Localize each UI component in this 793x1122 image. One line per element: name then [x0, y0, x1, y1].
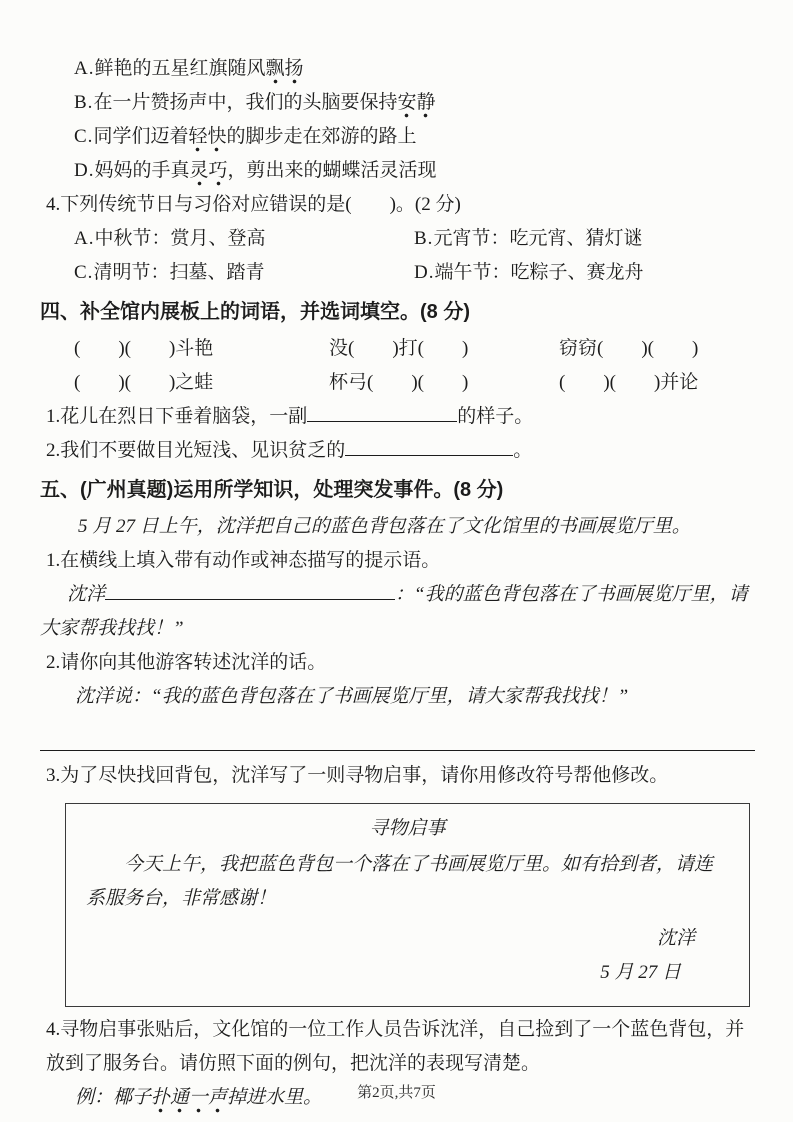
q4-option-b-text: 元宵节：吃元宵、猜灯谜	[433, 228, 642, 249]
idiom-blank: ( )( )斗艳	[74, 332, 329, 366]
q4-option-d-text: 端午节：吃粽子、赛龙舟	[434, 262, 643, 283]
q3-option-b: B.在一片赞扬声中，我们的头脑要保持安静	[40, 86, 755, 120]
fill1-tail: 的样子。	[457, 406, 533, 427]
q3-option-c-label: C.	[74, 126, 93, 147]
s5-q3-stem: 3.为了尽快找回背包，沈洋写了一则寻物启事，请你用修改符号帮他修改。	[40, 759, 755, 793]
section4-title: 四、补全馆内展板上的词语，并选词填空。(8 分)	[40, 292, 755, 332]
idiom-blank: 没( )打( )	[329, 332, 559, 366]
q4-option-a-text: 中秋节：赏月、登高	[94, 228, 265, 249]
q3-option-a-emphasized: 飘扬	[266, 58, 304, 84]
q3-option-b-text: 在一片赞扬声中，我们的头脑要保持	[93, 92, 397, 113]
notice-title: 寻物启事	[86, 810, 729, 848]
q4-option-d-label: D.	[414, 262, 434, 283]
q3-option-c-text: 同学们迈着	[93, 126, 188, 147]
idiom-row-2: ( )( )之蛙 杯弓( )( ) ( )( )并论	[40, 366, 755, 400]
exam-page: A.鲜艳的五星红旗随风飘扬 B.在一片赞扬声中，我们的头脑要保持安静 C.同学们…	[0, 0, 793, 1122]
q3-option-d: D.妈妈的手真灵巧，剪出来的蝴蝶活灵活现	[40, 154, 755, 188]
idiom-blank: 杯弓( )( )	[329, 366, 559, 400]
q3-option-a-label: A.	[74, 58, 94, 79]
q4-option-c-text: 清明节：扫墓、踏青	[93, 262, 264, 283]
notice-box: 寻物启事 今天上午，我把蓝色背包一个落在了书画展览厅里。如有拾到者，请连系服务台…	[65, 803, 750, 1007]
q3-option-c-emphasized: 轻快	[188, 126, 226, 152]
q2-writing-line	[40, 750, 755, 751]
s5-q2-answer: 沈洋说：“我的蓝色背包落在了书画展览厅里，请大家帮我找找！”	[40, 680, 755, 714]
q4-options-row-1: A.中秋节：赏月、登高 B.元宵节：吃元宵、猜灯谜	[40, 222, 755, 256]
fill2-blank-line	[345, 437, 513, 456]
s5-q4-stem: 4.寻物启事张贴后，文化馆的一位工作人员告诉沈洋，自己捡到了一个蓝色背包，并放到…	[40, 1013, 755, 1081]
idiom-blank: ( )( )之蛙	[74, 366, 329, 400]
q3-option-d-label: D.	[74, 160, 94, 181]
idiom-blank: ( )( )并论	[559, 366, 698, 400]
q4-option-c-label: C.	[74, 262, 93, 283]
q3-option-d-tail: ，剪出来的蝴蝶活灵活现	[228, 160, 437, 181]
q4-option-b: B.元宵节：吃元宵、猜灯谜	[414, 222, 755, 256]
q3-option-b-label: B.	[74, 92, 93, 113]
q3-option-a: A.鲜艳的五星红旗随风飘扬	[40, 52, 755, 86]
q4-option-b-label: B.	[414, 228, 433, 249]
notice-date: 5 月 27 日	[86, 956, 729, 990]
notice-signature: 沈洋	[86, 922, 729, 956]
q3-option-d-emphasized: 灵巧	[190, 160, 228, 186]
q1-speaker-name: 沈洋	[67, 584, 105, 605]
q4-stem: 4.下列传统节日与习俗对应错误的是( )。(2 分)	[40, 188, 755, 222]
notice-body: 今天上午，我把蓝色背包一个落在了书画展览厅里。如有拾到者，请连系服务台，非常感谢…	[86, 848, 729, 916]
s5-q2-stem: 2.请你向其他游客转述沈洋的话。	[40, 646, 755, 680]
idiom-row-1: ( )( )斗艳 没( )打( ) 窃窃( )( )	[40, 332, 755, 366]
page-number-footer: 第2页,共7页	[0, 1076, 793, 1110]
q1-blank-line	[105, 581, 395, 600]
fill2-tail: 。	[513, 440, 532, 461]
q3-option-c-tail: 的脚步走在郊游的路上	[226, 126, 416, 147]
q3-option-b-emphasized: 安静	[397, 92, 435, 118]
q4-option-a-label: A.	[74, 228, 94, 249]
q4-option-c: C.清明节：扫墓、踏青	[74, 256, 414, 290]
s5-q1-stem: 1.在横线上填入带有动作或神态描写的提示语。	[40, 544, 755, 578]
section5-title: 五、(广州真题)运用所学知识，处理突发事件。(8 分)	[40, 470, 755, 510]
q4-option-d: D.端午节：吃粽子、赛龙舟	[414, 256, 755, 290]
idiom-blank: 窃窃( )( )	[559, 332, 698, 366]
q3-option-d-text: 妈妈的手真	[94, 160, 189, 181]
section4-fill-1: 1.花儿在烈日下垂着脑袋，一副的样子。	[40, 400, 755, 434]
q3-option-a-text: 鲜艳的五星红旗随风	[94, 58, 265, 79]
q4-options-row-2: C.清明节：扫墓、踏青 D.端午节：吃粽子、赛龙舟	[40, 256, 755, 290]
q4-option-a: A.中秋节：赏月、登高	[74, 222, 414, 256]
fill2-text: 2.我们不要做目光短浅、见识贫乏的	[46, 440, 345, 461]
fill1-text: 1.花儿在烈日下垂着脑袋，一副	[46, 406, 307, 427]
s5-q1-answer-line: 沈洋：“我的蓝色背包落在了书画展览厅里，请大家帮我找找！”	[40, 578, 755, 646]
fill1-blank-line	[307, 403, 457, 422]
q3-option-c: C.同学们迈着轻快的脚步走在郊游的路上	[40, 120, 755, 154]
section4-fill-2: 2.我们不要做目光短浅、见识贫乏的。	[40, 434, 755, 468]
section5-intro: 5 月 27 日上午，沈洋把自己的蓝色背包落在了文化馆里的书画展览厅里。	[40, 510, 755, 544]
